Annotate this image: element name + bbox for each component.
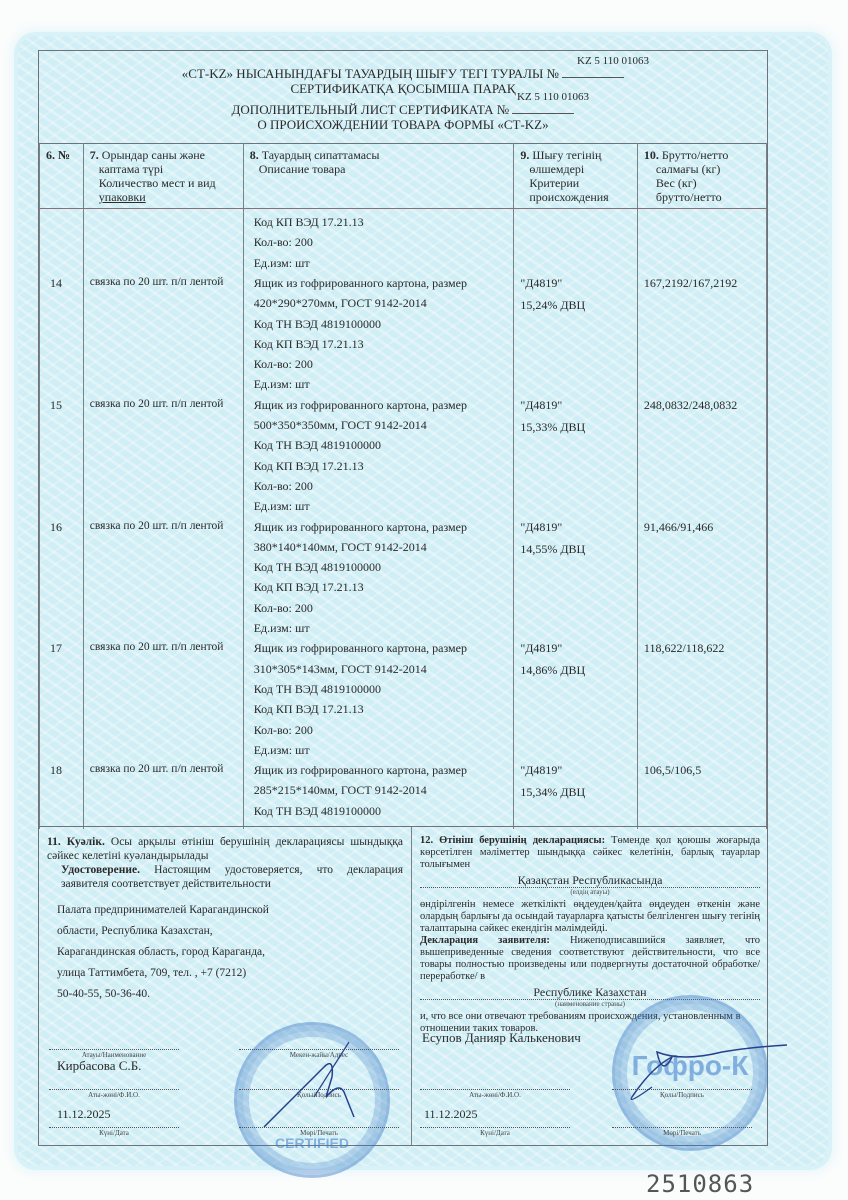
column-header-number: 6. №	[40, 144, 84, 209]
description-line: Ед.изм: шт	[254, 743, 310, 758]
description-line: Код ТН ВЭД 4819100000	[254, 438, 381, 453]
gross-net-weight: 167,2192/167,2192	[644, 276, 737, 291]
declaration-text-kz-2: өндірілгенін немесе жеткілікті өңдеуден/…	[420, 899, 760, 935]
row-number: 18	[40, 763, 72, 778]
description-line: Ящик из гофрированного картона, размер	[254, 763, 467, 778]
certifier-name: Кирбасова С.Б.	[57, 1059, 141, 1073]
description-line: 380*140*140мм, ГОСТ 9142-2014	[254, 540, 427, 555]
description-line: Код КП ВЭД 17.21.13	[254, 337, 364, 352]
gross-net-weight: 248,0832/248,0832	[644, 398, 737, 413]
description-line: Кол-во: 200	[254, 235, 313, 250]
certification-date: 11.12.2025	[57, 1107, 111, 1121]
packaging-type: связка по 20 шт. п/п лентой	[90, 641, 224, 653]
label-country-kz: (елдің атауы)	[420, 888, 760, 896]
certificate-frame: KZ 5 110 01063 «СТ-KZ» НЫСАНЫНДАҒЫ ТАУАР…	[38, 50, 768, 1146]
title-block: KZ 5 110 01063 «СТ-KZ» НЫСАНЫНДАҒЫ ТАУАР…	[39, 51, 767, 141]
organization-line: области, Республика Казахстан,	[57, 924, 213, 938]
row-number: 17	[40, 641, 72, 656]
packaging-type: связка по 20 шт. п/п лентой	[90, 520, 224, 532]
organization-line: Карагандинская область, город Караганда,	[57, 945, 265, 959]
declarations-section: 11. Куәлік. Осы арқылы өтініш берушінің …	[39, 826, 767, 1145]
description-line: Кол-во: 200	[254, 479, 313, 494]
description-line: 500*350*350мм, ГОСТ 9142-2014	[254, 418, 427, 433]
description-column: Код КП ВЭД 17.21.13Кол-во: 200Ед.изм: шт…	[243, 209, 514, 830]
declaration-text-kz: 12. Өтініш берушінің декларациясы: Төмен…	[420, 835, 760, 871]
goods-table: 6. № 7. Орындар саны және каптама түрі К…	[39, 143, 767, 829]
title-kz-line2: СЕРТИФИКАТҚА ҚОСЫМША ПАРАҚ	[39, 81, 767, 97]
number-column: 1415161718	[40, 209, 84, 830]
declaration-text-ru: Декларация заявителя: Нижеподписавшийся …	[420, 935, 760, 983]
description-line: Ящик из гофрированного картона, размер	[254, 520, 467, 535]
certifier-signature-icon	[254, 1037, 374, 1137]
column-header-weight: 10. Брутто/нетто салмағы (кг) Вес (кг) б…	[637, 144, 766, 209]
packaging-type: связка по 20 шт. п/п лентой	[90, 276, 224, 288]
description-line: Ящик из гофрированного картона, размер	[254, 641, 467, 656]
row-number: 15	[40, 398, 72, 413]
description-line: Код ТН ВЭД 4819100000	[254, 560, 381, 575]
table-header-row: 6. № 7. Орындар саны және каптама түрі К…	[40, 144, 767, 209]
description-line: Ед.изм: шт	[254, 621, 310, 636]
origin-criterion: "Д4819"15,34% ДВЦ	[520, 759, 585, 803]
description-line: Код КП ВЭД 17.21.13	[254, 215, 364, 230]
label-fio-applicant: Аты-жөні/Ф.И.О.	[420, 1091, 570, 1099]
column-header-criteria: 9. Шығу тегінің өлшемдері Критерии проис…	[514, 144, 638, 209]
description-line: Кол-во: 200	[254, 723, 313, 738]
packaging-type: связка по 20 шт. п/п лентой	[90, 763, 224, 775]
gross-net-weight: 118,622/118,622	[644, 641, 724, 656]
origin-criterion: "Д4819"14,86% ДВЦ	[520, 637, 585, 681]
declaration-date: 11.12.2025	[424, 1107, 478, 1121]
description-line: 285*215*140мм, ГОСТ 9142-2014	[254, 783, 427, 798]
criteria-column: "Д4819"15,24% ДВЦ"Д4819"15,33% ДВЦ"Д4819…	[514, 209, 638, 830]
column-header-description: 8. Тауардың сипаттамасы Описание товара	[243, 144, 514, 209]
organization-line: Палата предпринимателей Карагандинской	[57, 903, 269, 917]
box-12-applicant-declaration: 12. Өтініш берушінің декларациясы: Төмен…	[412, 827, 767, 1145]
label-seal-applicant: Мөрі/Печать	[612, 1129, 752, 1137]
packaging-type: связка по 20 шт. п/п лентой	[90, 398, 224, 410]
table-body: 1415161718 связка по 20 шт. п/п лентойсв…	[40, 209, 767, 830]
description-line: 310*305*143мм, ГОСТ 9142-2014	[254, 662, 427, 677]
origin-criterion: "Д4819"15,24% ДВЦ	[520, 272, 585, 316]
applicant-signature-icon	[612, 1027, 792, 1107]
country-kz: Қазақстан Республикасында	[420, 873, 760, 887]
gross-net-weight: 91,466/91,466	[644, 520, 713, 535]
applicant-name: Есупов Данияр Калькенович	[422, 1031, 581, 1045]
packaging-column: связка по 20 шт. п/п лентойсвязка по 20 …	[83, 209, 243, 830]
gross-net-weight: 106,5/106,5	[644, 763, 701, 778]
organization-line: улица Таттимбета, 709, тел. , +7 (7212)	[57, 966, 246, 980]
label-fio: Аты-жөні/Ф.И.О.	[49, 1091, 179, 1099]
title-ru-line2: О ПРОИСХОЖДЕНИИ ТОВАРА ФОРМЫ «СТ-KZ»	[39, 117, 767, 133]
description-line: Кол-во: 200	[254, 357, 313, 372]
description-line: Ед.изм: шт	[254, 499, 310, 514]
description-line: Ед.изм: шт	[254, 256, 310, 271]
label-date-applicant: Күні/Дата	[420, 1129, 570, 1137]
weight-column: 167,2192/167,2192248,0832/248,083291,466…	[637, 209, 766, 830]
description-line: Код КП ВЭД 17.21.13	[254, 580, 364, 595]
description-line: Код ТН ВЭД 4819100000	[254, 804, 381, 819]
title-kz-line1: «СТ-KZ» НЫСАНЫНДАҒЫ ТАУАРДЫҢ ШЫҒУ ТЕГІ Т…	[39, 65, 767, 82]
description-line: 420*290*270мм, ГОСТ 9142-2014	[254, 296, 427, 311]
box-11-certification: 11. Куәлік. Осы арқылы өтініш берушінің …	[39, 827, 412, 1145]
title-ru-line1: ДОПОЛНИТЕЛЬНЫЙ ЛИСТ СЕРТИФИКАТА №	[39, 101, 767, 118]
description-line: Ед.изм: шт	[254, 377, 310, 392]
origin-criterion: "Д4819"14,55% ДВЦ	[520, 516, 585, 560]
organization-line: 50-40-55, 50-36-40.	[57, 987, 150, 1001]
description-line: Код ТН ВЭД 4819100000	[254, 682, 381, 697]
description-line: Ящик из гофрированного картона, размер	[254, 398, 467, 413]
description-line: Код ТН ВЭД 4819100000	[254, 317, 381, 332]
origin-criterion: "Д4819"15,33% ДВЦ	[520, 394, 585, 438]
description-line: Код КП ВЭД 17.21.13	[254, 702, 364, 717]
row-number: 16	[40, 520, 72, 535]
certification-text-kz: 11. Куәлік. Осы арқылы өтініш берушінің …	[47, 835, 403, 863]
certification-text-ru: Удостоверение. Настоящим удостоверяется,…	[61, 863, 403, 891]
description-line: Код КП ВЭД 17.21.13	[254, 459, 364, 474]
description-line: Ящик из гофрированного картона, размер	[254, 276, 467, 291]
serial-number: 2510863	[646, 1170, 754, 1198]
row-number: 14	[40, 276, 72, 291]
column-header-packaging: 7. Орындар саны және каптама түрі Количе…	[83, 144, 243, 209]
description-line: Кол-во: 200	[254, 601, 313, 616]
label-date: Күні/Дата	[49, 1129, 179, 1137]
